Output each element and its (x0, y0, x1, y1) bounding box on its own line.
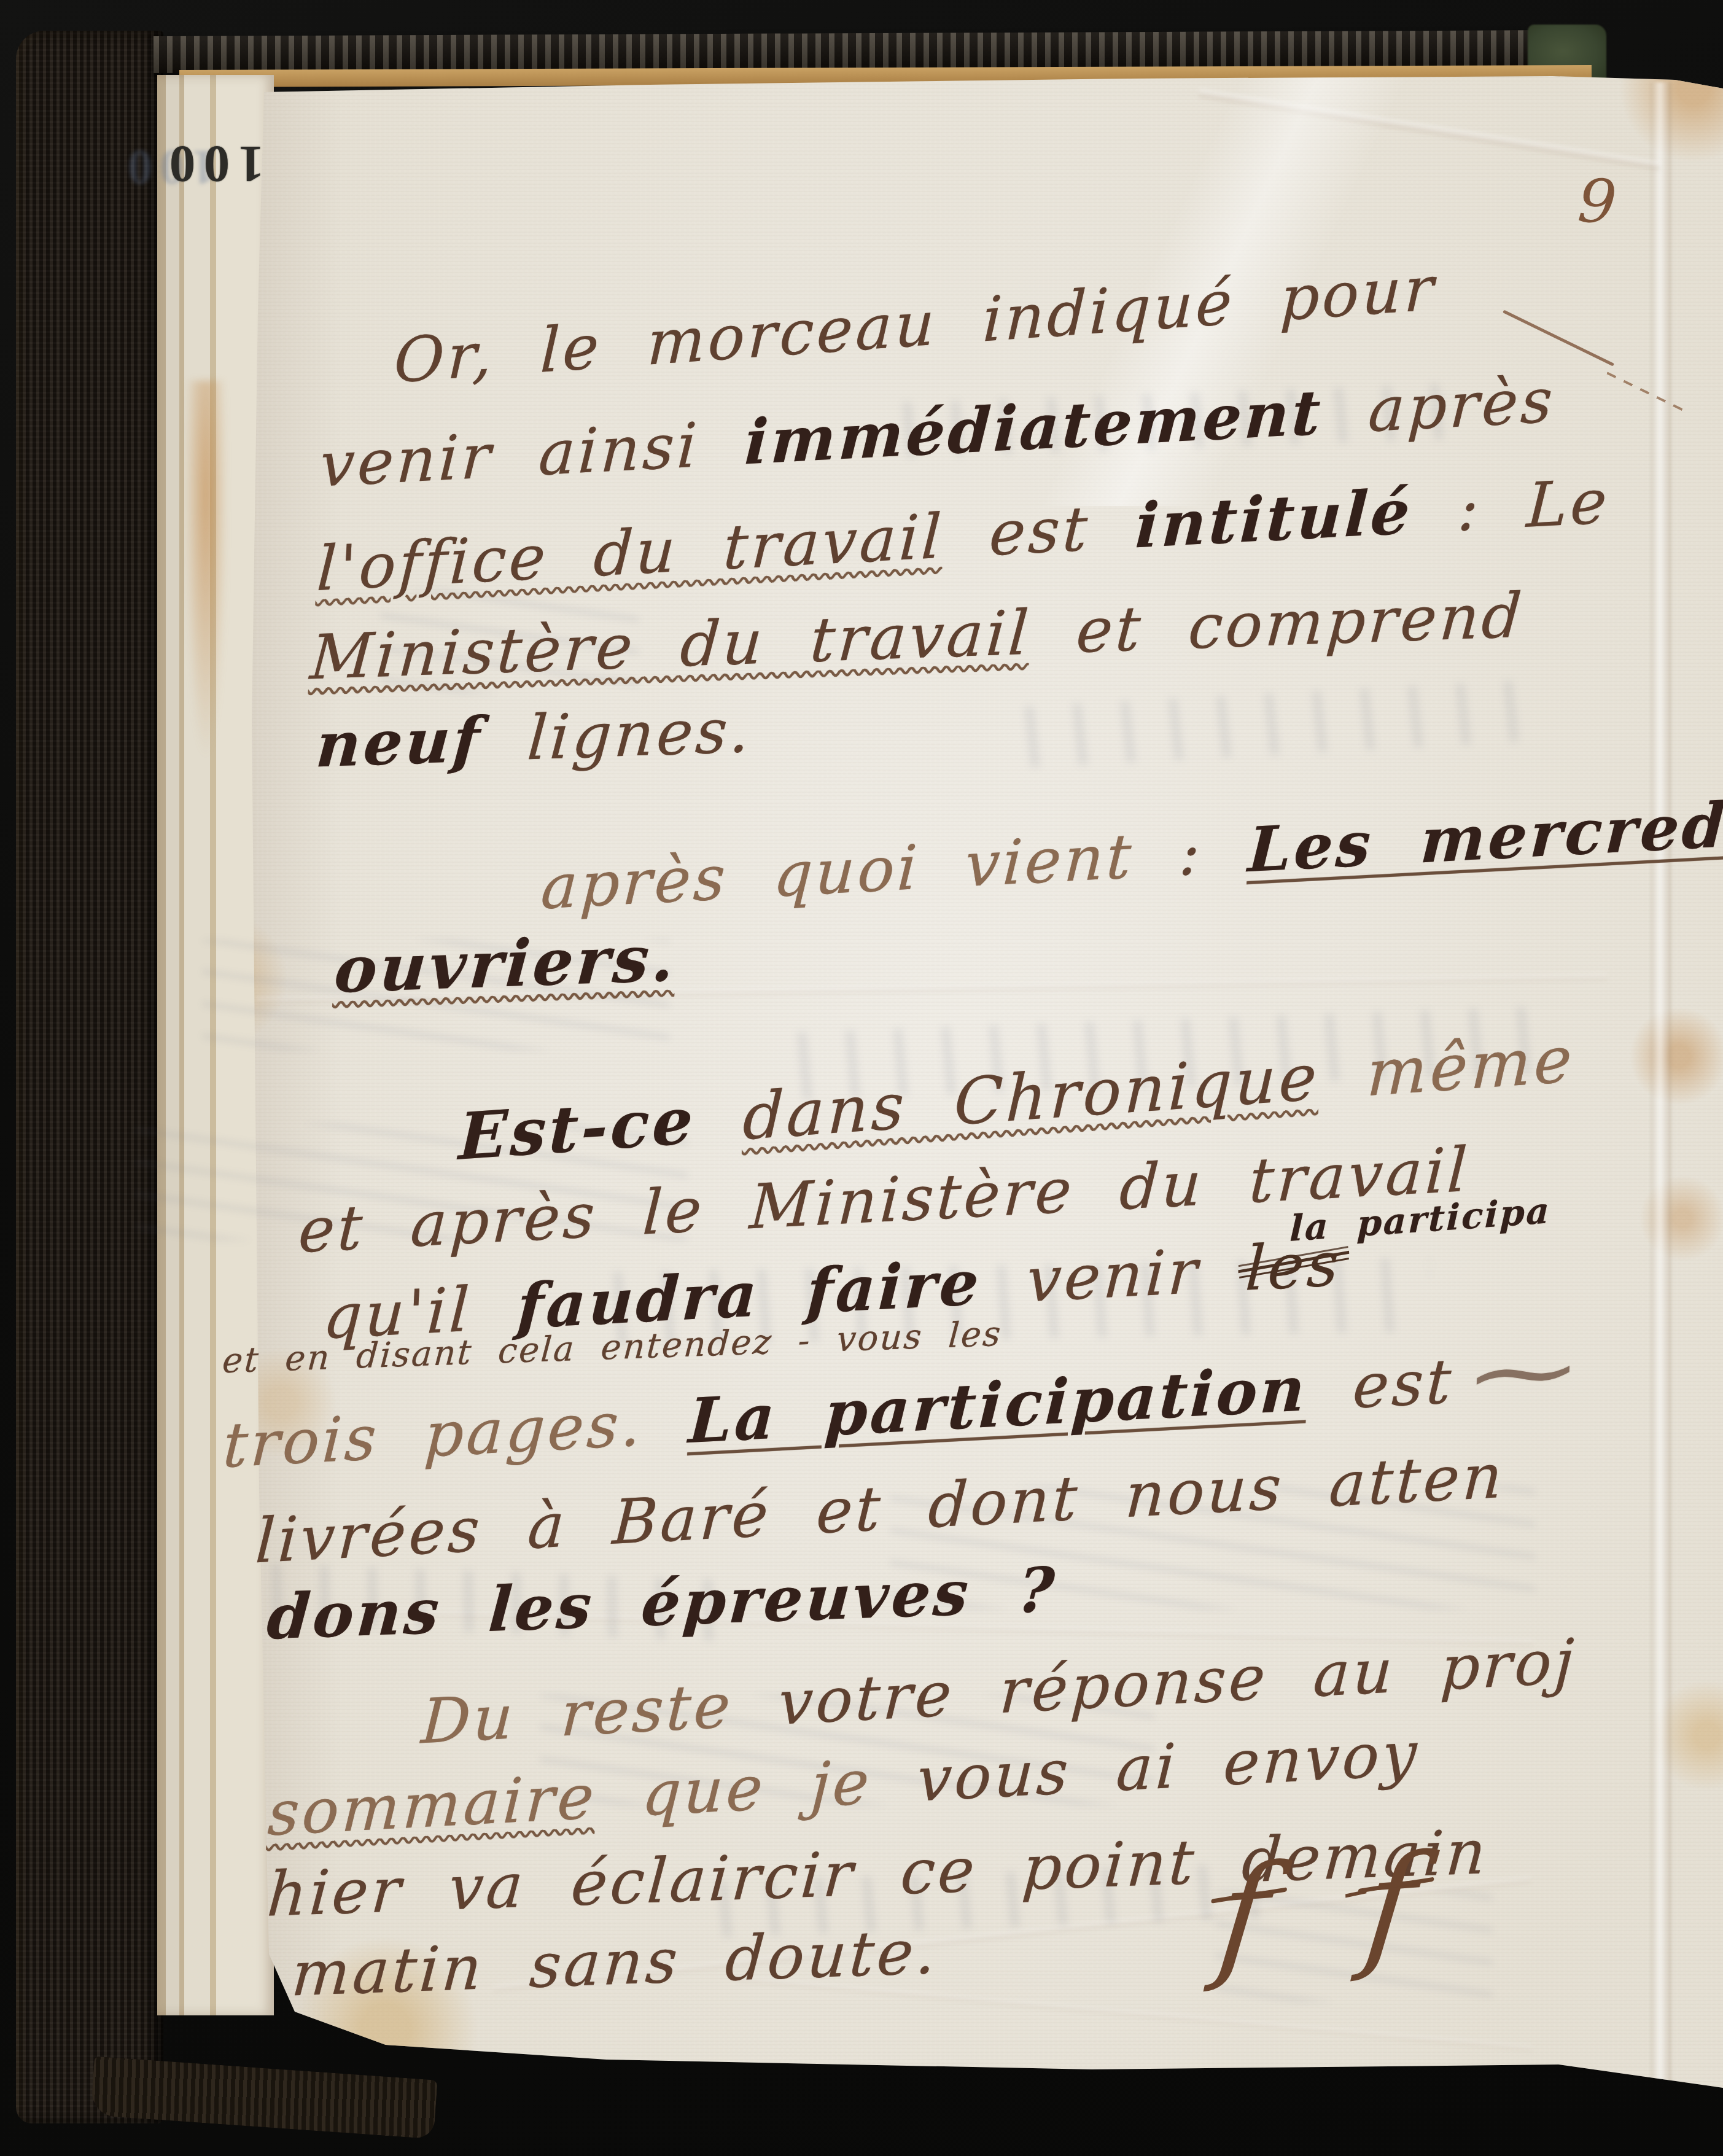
text-segment: neuf (314, 703, 484, 782)
manuscript-line: neuf lignes. (315, 694, 753, 782)
handwriting-layer: 100 100 9 Or, le morceau indiqué pourven… (0, 0, 1723, 2156)
text-segment: Or, le morceau indiqué pour (393, 252, 1437, 397)
manuscript-line: Or, le morceau indiqué pour (392, 252, 1439, 397)
text-segment: La participation (687, 1352, 1310, 1457)
text-segment: après (1321, 364, 1557, 448)
text-segment: Les mercredis (1247, 785, 1723, 886)
text-segment: matin sans doute. (289, 1915, 941, 2010)
signature-glyph: f (1211, 1835, 1283, 1995)
text-segment: vous ai envoy (916, 1718, 1422, 1816)
signature-gap (1278, 1953, 1370, 1959)
manuscript-line: après quoi vient : Les mercredis (539, 785, 1723, 924)
manuscript-line: ouvriers. (333, 920, 679, 1007)
text-segment: immédiatement (743, 376, 1325, 479)
text-segment: Est-ce (457, 1082, 697, 1175)
text-segment: Ministère du travail (308, 596, 1033, 693)
text-segment: après quoi vient (539, 818, 1181, 924)
text-segment: ~ (1459, 1318, 1594, 1426)
text-segment: que je (594, 1743, 919, 1832)
text-segment: venir ainsi (318, 407, 747, 501)
text-segment: l'office du travail (315, 500, 946, 605)
text-segment: et comprend (1029, 579, 1527, 668)
text-segment (694, 1080, 744, 1158)
manuscript-line: matin sans doute. (290, 1916, 939, 2010)
manuscript-line: Ministère du travail et comprend (309, 580, 1525, 694)
signature-glyph: f (1358, 1825, 1430, 1985)
page-number-stamp: 100 (161, 134, 264, 193)
signature: ff (1214, 1826, 1427, 1994)
text-segment: : Le (1410, 465, 1611, 548)
text-segment: est (942, 490, 1137, 572)
text-segment: sommaire (266, 1761, 598, 1850)
text-segment: intitulé (1134, 475, 1414, 562)
folio-dash-stroke (1606, 372, 1685, 412)
text-segment: lignes. (480, 694, 755, 776)
text-segment: dans Chronique (742, 1039, 1321, 1154)
folio-number: 9 (1576, 166, 1619, 238)
text-segment: même (1318, 1021, 1576, 1115)
text-segment: : (1178, 814, 1250, 890)
folio-dash-stroke (1503, 309, 1614, 366)
photo-canvas: 100 100 9 Or, le morceau indiqué pourven… (0, 0, 1723, 2156)
text-segment: venir (979, 1232, 1248, 1318)
text-segment: votre réponse au proj (777, 1625, 1578, 1739)
text-segment: trois pages. (221, 1385, 691, 1482)
text-segment: Du reste (419, 1667, 780, 1758)
text-segment: ouvriers. (332, 920, 680, 1008)
